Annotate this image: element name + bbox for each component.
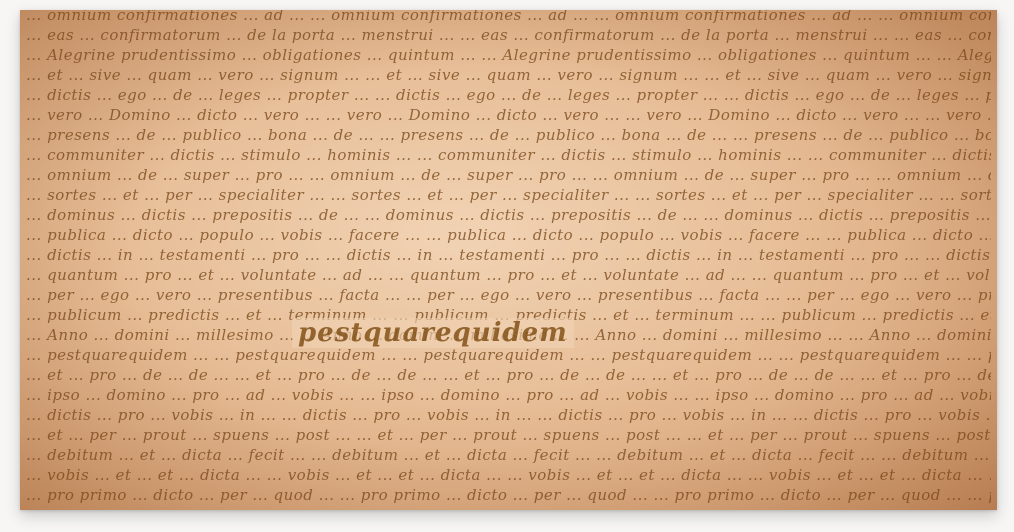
manuscript-line: ... ipso ... domino ... pro ... ad ... v…: [26, 386, 991, 408]
handwritten-text: ... omnium confirmationes ... ad ... ...…: [20, 10, 997, 510]
manuscript-line: ... Alegrine prudentissimo ... obligatio…: [26, 46, 991, 68]
manuscript-line: ... pro primo ... dicto ... per ... quod…: [26, 486, 991, 508]
manuscript-line: ... debitum ... et ... dicta ... fecit .…: [26, 446, 991, 468]
manuscript-line: ... dictis ... in ... testamenti ... pro…: [26, 246, 991, 268]
manuscript-line: ... et ... per ... prout ... spuens ... …: [26, 426, 991, 448]
manuscript-line: ... dictis ... pro ... vobis ... in ... …: [26, 406, 991, 428]
manuscript-line: ... eas ... confirmatorum ... de la port…: [26, 26, 991, 48]
manuscript-line: ... pestquarequidem ... ... pestquarequi…: [26, 346, 991, 368]
manuscript-line: ... per ... ego ... vero ... presentibus…: [26, 286, 991, 308]
manuscript-line: ... omnium ... de ... super ... pro ... …: [26, 166, 991, 188]
manuscript-photo: ... omnium confirmationes ... ad ... ...…: [20, 10, 997, 510]
manuscript-line: ... publica ... dicto ... populo ... vob…: [26, 226, 991, 248]
manuscript-line: ... communiter ... dictis ... stimulo ..…: [26, 146, 991, 168]
manuscript-line: ... vobis ... et ... et ... dicta ... ..…: [26, 466, 991, 488]
manuscript-line: ... dominus ... dictis ... prepositis ..…: [26, 206, 991, 228]
manuscript-line: ... et ... sive ... quam ... vero ... si…: [26, 66, 991, 88]
manuscript-line: ... quantum ... pro ... et ... voluntate…: [26, 266, 991, 288]
highlighted-word: pestquarequidem: [292, 318, 574, 348]
manuscript-line: ... et ... pro ... de ... de ... ... et …: [26, 366, 991, 388]
manuscript-line: ... presens ... de ... publico ... bona …: [26, 126, 991, 148]
manuscript-line: ... sortes ... et ... per ... specialite…: [26, 186, 991, 208]
manuscript-line: ... dictis ... ego ... de ... leges ... …: [26, 86, 991, 108]
manuscript-line: ... vero ... Domino ... dicto ... vero .…: [26, 106, 991, 128]
